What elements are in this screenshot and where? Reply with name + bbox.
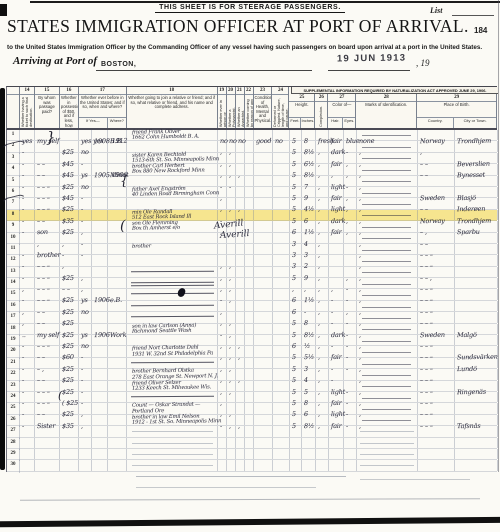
cell-m2: [227, 438, 236, 448]
cell-join: son in law Carlson (Anna)Richmond Seattl…: [127, 324, 218, 334]
cell-health: [254, 403, 273, 413]
marks-dash-line: [362, 272, 411, 273]
cell-m3: [236, 403, 245, 413]
manifest-row: 24-– – –( $25-,58,fair-,– – –: [7, 392, 497, 403]
cell-city: [455, 403, 498, 413]
cell-ft: 5: [290, 267, 302, 277]
cell-m1: ,: [218, 301, 227, 311]
blank-rule-line: [136, 476, 346, 477]
cell-city: Trondhjem: [455, 210, 498, 220]
column-number: 15: [35, 87, 59, 95]
cell-d1: -: [79, 210, 92, 220]
marks-dash-line: [362, 420, 411, 421]
cell-eyes: -: [344, 278, 357, 288]
cell-def: [273, 312, 290, 322]
marks-dash-line: [362, 261, 411, 262]
manifest-row: 2-$25no,,58½,dark-,,: [7, 141, 497, 152]
cell-def: [273, 278, 290, 288]
handwritten-entry: brother: [127, 243, 217, 250]
cell-country: – – –: [418, 392, 455, 402]
cell-m2: ,: [227, 141, 236, 151]
column-number: 27: [328, 94, 355, 102]
cell-eyes: -: [344, 312, 357, 322]
cell-country: Norway: [418, 130, 455, 140]
cell-d1: [79, 460, 92, 470]
cell-marks: ,: [357, 244, 418, 254]
cell-m1: [218, 244, 227, 254]
cell-a: [20, 460, 35, 470]
cell-d1: -: [79, 369, 92, 379]
cell-marks: ,: [357, 176, 418, 186]
cell-eyes: [344, 255, 357, 265]
cell-inch: 8: [302, 392, 316, 402]
cell-b: – ,: [35, 358, 60, 368]
cell-a: yes: [20, 130, 35, 140]
column-label: Whether a Polygamist.: [227, 95, 236, 128]
cell-eyes: -: [344, 335, 357, 345]
cell-m3: [236, 289, 245, 299]
cell-m2: ,: [227, 415, 236, 425]
cell-country: Norway: [418, 210, 455, 220]
crossed-out-line: [131, 316, 214, 318]
cell-marks: [357, 460, 418, 470]
cell-hair: [329, 460, 344, 470]
cell-d1: ys: [79, 324, 92, 334]
cell-cx: ,: [316, 301, 329, 311]
cell-d1: -: [79, 153, 92, 163]
cell-city: [455, 335, 498, 345]
cell-m4: [245, 289, 254, 299]
cell-def: [273, 403, 290, 413]
cell-def: [273, 335, 290, 345]
column-label: Height.: [289, 102, 314, 117]
cell-m1: ,: [218, 278, 227, 288]
cell-m4: [245, 426, 254, 436]
cell-hair: fair: [329, 153, 344, 163]
cell-ft: 5: [290, 369, 302, 379]
cell-d1: ,: [79, 267, 92, 277]
column-number: 19: [218, 87, 226, 95]
cell-join: brother Carl HerbertBox 880 New Rockford…: [127, 164, 218, 174]
cell-d2: [92, 403, 108, 413]
cell-def: [273, 244, 290, 254]
cell-d2: [92, 460, 108, 470]
column-header-21: 21Whether an Anarchist.: [236, 87, 245, 128]
subcolumn-label: Inches.: [301, 118, 314, 128]
cell-m4: [245, 312, 254, 322]
cell-def: [273, 210, 290, 220]
cell-join: [127, 358, 218, 368]
cell-eyes: ,: [344, 198, 357, 208]
cell-def: [273, 301, 290, 311]
cell-def: [273, 460, 290, 470]
cell-hair: dark: [329, 210, 344, 220]
cell-cx: ,: [316, 187, 329, 197]
marks-dash-line: [362, 386, 411, 387]
cell-m3: [236, 244, 245, 254]
manifest-row: 12-– – –,,,32,,– – –: [7, 255, 497, 266]
cell-country: – – –: [418, 346, 455, 356]
manifest-row: 29: [7, 449, 497, 460]
cell-ft: 3: [290, 244, 302, 254]
cell-marks: ,: [357, 392, 418, 402]
cell-c: [60, 438, 79, 448]
cell-ft: 5: [290, 358, 302, 368]
cell-hair: light: [329, 403, 344, 413]
cell-ft: 5: [290, 324, 302, 334]
cell-marks: ,: [357, 335, 418, 345]
cell-cx: ,: [316, 369, 329, 379]
marks-dash-line: [362, 135, 411, 136]
cell-hair: fair: [329, 221, 344, 231]
marks-dash-line: [362, 284, 411, 285]
cell-inch: 8½: [302, 324, 316, 334]
cell-a: [20, 426, 35, 436]
port-underline: [96, 70, 312, 71]
cell-marks: ,: [357, 164, 418, 174]
cell-m3: [236, 312, 245, 322]
cell-m2: ,: [227, 358, 236, 368]
cell-a: -: [20, 358, 35, 368]
date-underline: [328, 70, 410, 71]
cell-m3: ,: [236, 369, 245, 379]
cell-join: friend Frank Oliver1662 Cohn Humboldt B.…: [127, 130, 218, 140]
cell-c: $25: [60, 141, 79, 151]
cell-e: [108, 346, 127, 356]
cell-d2: [92, 346, 108, 356]
cell-hair: [329, 255, 344, 265]
cell-marks: ,: [357, 324, 418, 334]
cell-m3: no: [236, 130, 245, 140]
cell-inch: 8½: [302, 141, 316, 151]
cell-city: Trondhjem: [455, 130, 498, 140]
cell-cx: ,: [316, 221, 329, 231]
cell-country: – – –: [418, 403, 455, 413]
cell-d2: [92, 369, 108, 379]
cell-health: [254, 187, 273, 197]
cell-def: [273, 141, 290, 151]
cell-join: [127, 301, 218, 311]
cell-eyes: ,: [344, 153, 357, 163]
cell-health: [254, 141, 273, 151]
cell-b: – – –: [35, 392, 60, 402]
cell-c: ,: [60, 233, 79, 243]
cell-m4: [245, 392, 254, 402]
cell-health: [254, 415, 273, 425]
list-label: List: [430, 6, 442, 15]
cell-marks: ,: [357, 312, 418, 322]
cell-hair: fair: [329, 130, 344, 140]
column-header-23: 23Condition of Health, Mental and Physic…: [254, 87, 273, 128]
cell-m4: [245, 130, 254, 140]
brace-mark: (: [58, 389, 62, 402]
cell-c: $25: [60, 369, 79, 379]
marks-dash-line: [362, 193, 411, 194]
column-label: Place of Birth.: [417, 102, 496, 117]
cell-join: son Ole FlemmingBox th Amherst e/o: [127, 221, 218, 231]
cell-ft: 6: [290, 335, 302, 345]
page-title: STATES IMMIGRATION OFFICER AT PORT OF AR…: [7, 16, 469, 37]
cell-b: my self: [35, 324, 60, 334]
cell-cx: ,: [316, 244, 329, 254]
cell-marks: ,: [357, 369, 418, 379]
cell-def: no: [273, 130, 290, 140]
cell-hair: dark: [329, 324, 344, 334]
cell-d2: [92, 426, 108, 436]
cell-m3: [236, 392, 245, 402]
cell-d1: ys: [79, 164, 92, 174]
cell-hair: light: [329, 381, 344, 391]
cell-country: [418, 460, 455, 470]
cell-cx: [316, 449, 329, 459]
cell-c: $45: [60, 164, 79, 174]
cell-e: [108, 335, 127, 345]
cell-city: [455, 244, 498, 254]
manifest-row: 25-– –$25,Count — Oskar Strandat —Portla…: [7, 403, 497, 414]
cell-d2: 1906: [92, 324, 108, 334]
cell-c: ( $25: [60, 392, 79, 402]
cell-city: [455, 301, 498, 311]
cell-e: e.B.: [108, 289, 127, 299]
marks-dash-line: [362, 227, 411, 228]
cell-city: [455, 176, 498, 186]
cell-inch: 6: [302, 403, 316, 413]
cell-country: – – –: [418, 312, 455, 322]
cell-hair: [329, 438, 344, 448]
marks-dash-line: [362, 238, 411, 239]
cell-eyes: [344, 438, 357, 448]
cell-m4: [245, 449, 254, 459]
cell-b: – –: [35, 153, 60, 163]
cell-d1: yes yes: [79, 130, 92, 140]
cell-e: [108, 369, 127, 379]
cell-eyes: [344, 460, 357, 470]
subcolumn-label: Where?: [108, 118, 126, 128]
manifest-row: 20-– –$60-friend Nort Charlotte Dahl1931…: [7, 346, 497, 357]
cell-e: [108, 267, 127, 277]
cell-ft: 6: [290, 301, 302, 311]
cell-inch: ,: [302, 278, 316, 288]
cell-m2: ,: [227, 381, 236, 391]
cell-ft: ,: [290, 278, 302, 288]
cell-health: [254, 369, 273, 379]
cell-city: [455, 449, 498, 459]
cell-cx: ,: [316, 403, 329, 413]
subcolumn-label: Hair.: [328, 118, 343, 128]
cell-city: [455, 312, 498, 322]
cell-d2: [92, 392, 108, 402]
column-subheader: Hair.Eyes.: [328, 117, 355, 128]
cell-a: -: [20, 381, 35, 391]
cell-health: [254, 153, 273, 163]
column-subheader: Feet.Inches.: [289, 117, 314, 128]
cell-m3: [236, 381, 245, 391]
cell-marks: ,: [357, 210, 418, 220]
cell-m4: [245, 381, 254, 391]
cell-eyes: blue: [344, 130, 357, 140]
cell-join: friend Oliver Selzer1233 Keech St. Milwa…: [127, 381, 218, 391]
cell-m2: ,: [227, 403, 236, 413]
column-number: 17: [79, 87, 126, 95]
cell-eyes: ,: [344, 187, 357, 197]
cell-e: Minot: [108, 164, 127, 174]
cell-hair: [329, 244, 344, 254]
cell-m3: [236, 438, 245, 448]
cell-c: $25: [60, 335, 79, 345]
cell-m3: ,: [236, 164, 245, 174]
cell-inch: 3: [302, 244, 316, 254]
cell-ft: 5: [290, 187, 302, 197]
cell-eyes: [344, 449, 357, 459]
cell-ft: 6: [290, 289, 302, 299]
manifest-row: 28: [7, 438, 497, 449]
handwritten-entry: Richmond Seattle Wash: [127, 328, 217, 335]
cell-m4: [245, 369, 254, 379]
cell-def: [273, 324, 290, 334]
marks-dash-line: [362, 341, 411, 342]
cell-cx: ,: [316, 381, 329, 391]
cell-m3: ,: [236, 346, 245, 356]
cell-c: – –: [60, 278, 79, 288]
cell-health: [254, 358, 273, 368]
cell-m1: [218, 449, 227, 459]
cell-country: – – –: [418, 381, 455, 391]
cell-m3: [236, 267, 245, 277]
cell-def: [273, 369, 290, 379]
cell-country: – – –: [418, 335, 455, 345]
cell-city: Inderøen: [455, 198, 498, 208]
cell-hair: light: [329, 198, 344, 208]
cell-marks: ,: [357, 198, 418, 208]
cell-c: ,: [60, 255, 79, 265]
cell-inch: 1½: [302, 221, 316, 231]
cell-d2: [92, 415, 108, 425]
cell-hair: fair: [329, 392, 344, 402]
cell-m1: ,: [218, 381, 227, 391]
subcolumn-label: Feet.: [289, 118, 301, 128]
cell-inch: 3: [302, 358, 316, 368]
manifest-row: 8-– –$35-min Ole Randall512 East Rock Is…: [7, 210, 497, 221]
blank-rule-line: [360, 479, 470, 480]
cell-city: Tafsnäs: [455, 415, 498, 425]
cell-health: [254, 460, 273, 470]
cell-m2: [227, 301, 236, 311]
cell-def: [273, 164, 290, 174]
cell-inch: 6: [302, 210, 316, 220]
manifest-row: 1yesmy selfyes yes1908 1912B.B.friend Fr…: [7, 130, 497, 141]
cell-join: [127, 392, 218, 402]
cell-m4: [245, 198, 254, 208]
cell-inch: 4: [302, 369, 316, 379]
cell-ft: 3: [290, 255, 302, 265]
cell-ft: 6: [290, 221, 302, 231]
cell-d2: [92, 210, 108, 220]
cell-health: [254, 176, 273, 186]
cell-eyes: -: [344, 381, 357, 391]
cell-d1: [79, 426, 92, 436]
column-header-22: 22Whether coming by reason of any offer,…: [245, 87, 254, 128]
cell-a: -: [20, 244, 35, 254]
cell-c: -: [60, 244, 79, 254]
column-label: Whether ever before in the United States…: [79, 95, 126, 117]
cell-hair: ,: [329, 278, 344, 288]
cell-m1: ,: [218, 358, 227, 368]
cell-join: [127, 312, 218, 322]
cell-hair: fair: [329, 187, 344, 197]
cell-eyes: -: [344, 392, 357, 402]
cell-join: [127, 460, 218, 470]
cell-e: [108, 438, 127, 448]
cell-m3: [236, 301, 245, 311]
cell-join: brother Bernhard Olstka278 East Orange S…: [127, 369, 218, 379]
crossed-out-line: [131, 362, 214, 364]
cell-country: – – ,: [418, 267, 455, 277]
marks-dash-line: [362, 307, 411, 308]
manifest-row: 16,– –$25no,6-,-,,– – –: [7, 301, 497, 312]
cell-m1: ,: [218, 335, 227, 345]
cell-m3: [236, 176, 245, 186]
cell-d1: ,: [79, 415, 92, 425]
cell-eyes: -: [344, 324, 357, 334]
cell-def: [273, 392, 290, 402]
cell-d2: 1908 1912: [92, 130, 108, 140]
steerage-note-text: THIS SHEET IS FOR STEERAGE PASSENGERS.: [155, 4, 345, 13]
cell-hair: [329, 449, 344, 459]
cell-city: [455, 278, 498, 288]
cell-inch: 8: [302, 312, 316, 322]
cell-health: [254, 255, 273, 265]
cell-marks: none: [357, 130, 418, 140]
cell-hair: [329, 233, 344, 243]
cell-c: $25: [60, 221, 79, 231]
cell-cx: ,: [316, 324, 329, 334]
cell-b: [35, 449, 60, 459]
cell-eyes: [344, 426, 357, 436]
cell-cx: ,: [316, 289, 329, 299]
cell-c: $45: [60, 187, 79, 197]
cell-m4: [245, 346, 254, 356]
cell-inch: -: [302, 301, 316, 311]
cell-c: $25: [60, 312, 79, 322]
cell-inch: 1½: [302, 289, 316, 299]
cell-join: friend Nort Charlotte Dahl1931 W. 32nd S…: [127, 346, 218, 356]
cell-marks: ,: [357, 141, 418, 151]
manifest-row: 9-son$25,son Ole FlemmingBox th Amherst …: [7, 221, 497, 232]
column-label: Whether coming by reason of any offer, s…: [245, 95, 254, 128]
cell-c: [60, 449, 79, 459]
manifest-row: 15-– – –$25ys1906e.B.-,61½,--,– – –: [7, 289, 497, 300]
cell-c: $25: [60, 403, 79, 413]
cell-m4: [245, 164, 254, 174]
cell-ft: [290, 449, 302, 459]
cell-m3: [236, 153, 245, 163]
cell-c: $25: [60, 358, 79, 368]
cell-m1: no: [218, 130, 227, 140]
column-number: 22: [245, 87, 253, 95]
manifest-row: 26-Sister$35,brother in law Emil Nelson1…: [7, 415, 497, 426]
cell-b: [35, 460, 60, 470]
subcolumn-label: City or Town.: [454, 118, 496, 128]
cell-d1: [79, 312, 92, 322]
cell-d2: [92, 358, 108, 368]
cell-b: – – –: [35, 176, 60, 186]
marks-dash-line: [362, 250, 411, 251]
cell-country: [418, 176, 455, 186]
cell-d1: ,: [79, 403, 92, 413]
cell-a: -: [20, 392, 35, 402]
cell-join: [127, 233, 218, 243]
cell-hair: -: [329, 335, 344, 345]
